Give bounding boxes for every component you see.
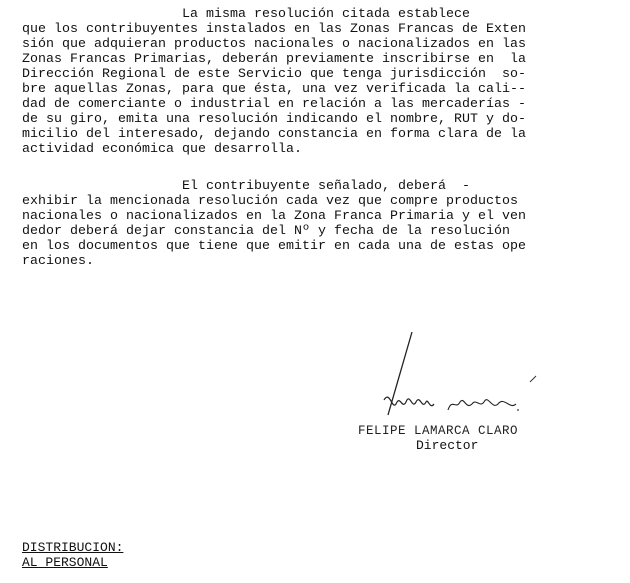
text-line: Zonas Francas Primarias, deberán previam… [22,51,526,66]
text-line: La misma resolución citada establece [22,6,470,21]
text-line: exhibir la mencionada resolución cada ve… [22,193,518,208]
signatory-title: Director [416,438,478,453]
handwritten-signature [370,330,570,425]
text-line: dedor deberá dejar constancia del Nº y f… [22,223,510,238]
distribution-heading: DISTRIBUCION: [22,540,123,555]
text-line: que los contribuyentes instalados en las… [22,21,526,36]
text-line: en los documentos que tiene que emitir e… [22,238,526,253]
text-line: Dirección Regional de este Servicio que … [22,66,526,81]
text-line: actividad económica que desarrolla. [22,141,302,156]
text-line: El contribuyente señalado, deberá - [22,178,470,193]
text-line: bre aquellas Zonas, para que ésta, una v… [22,81,526,96]
text-line: raciones. [22,253,94,268]
signatory-name: FELIPE LAMARCA CLARO [358,424,518,438]
text-line: micilio del interesado, dejando constanc… [22,126,526,141]
text-line: de su giro, emita una resolución indican… [22,111,526,126]
distribution-recipient: AL PERSONAL [22,555,108,570]
text-line: dad de comerciante o industrial en relac… [22,96,526,111]
text-line: sión que adquieran productos nacionales … [22,36,526,51]
text-line: nacionales o nacionalizados en la Zona F… [22,208,526,223]
